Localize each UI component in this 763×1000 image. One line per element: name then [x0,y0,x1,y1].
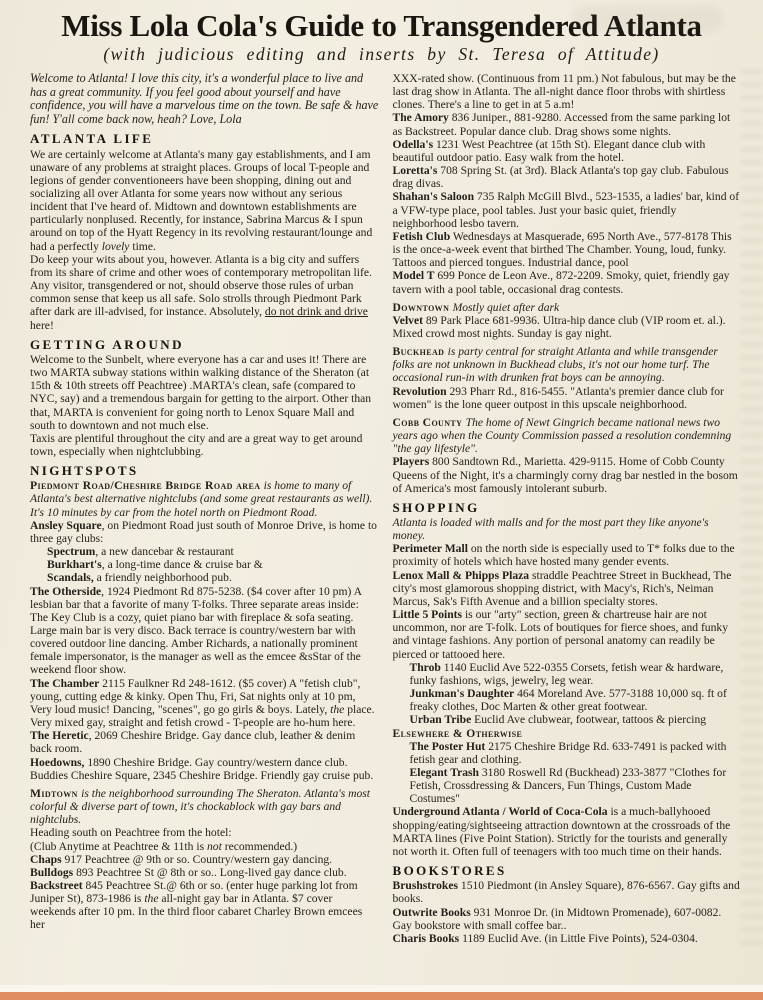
entry-underground-atlanta: Underground Atlanta / World of Coca-Cola… [393,805,742,858]
entry-shahans-saloon: Shahan's Saloon 735 Ralph McGill Blvd., … [393,190,742,229]
entry-urban-tribe: Urban Tribe Euclid Ave clubwear, footwea… [393,713,742,726]
entry-throb: Throb 1140 Euclid Ave 522-0355 Corsets, … [393,661,742,687]
entry-little-5-points: Little 5 Points is our "arty" section, g… [393,608,742,661]
entry-the-heretic: The Heretic, 2069 Cheshire Bridge. Gay d… [30,729,379,755]
entry-junkmans-daughter: Junkman's Daughter 464 Moreland Ave. 577… [393,687,742,713]
scanned-guide-page: Miss Lola Cola's Guide to Transgendered … [0,0,763,1000]
intro-note: Welcome to Atlanta! I love this city, it… [30,72,379,126]
page-subtitle: (with judicious editing and inserts by S… [0,44,763,65]
section-heading-nightspots: NIGHTSPOTS [30,464,379,477]
subhead-cobb-county: Cobb County The home of Newt Gingrich be… [393,416,742,455]
entry-revolution: Revolution 293 Pharr Rd., 816-5455. "Atl… [393,385,742,411]
entry-fetish-club: Fetish Club Wednesdays at Masquerade, 69… [393,230,742,269]
para-getting-around-1: Welcome to the Sunbelt, where everyone h… [30,353,379,432]
entry-velvet: Velvet 89 Park Place 681-9936. Ultra-hip… [393,314,742,340]
entry-the-poster-hut: The Poster Hut 2175 Cheshire Bridge Rd. … [393,740,742,766]
two-column-body: Welcome to Atlanta! I love this city, it… [0,65,763,945]
section-heading-getting-around: GETTING AROUND [30,338,379,351]
para-club-anytime: (Club Anytime at Peachtree & 11th is not… [30,840,379,853]
entry-backstreet: Backstreet 845 Peachtree St.@ 6th or so.… [30,879,379,932]
entry-bulldogs: Bulldogs 893 Peachtree St @ 8th or so.. … [30,866,379,879]
subhead-elsewhere-otherwise: Elsewhere & Otherwise [393,727,742,740]
bleedthrough-artifact [741,70,763,950]
subhead-buckhead: Buckhead is party central for straight A… [393,345,742,384]
entry-ansley-square: Ansley Square, on Piedmont Road just sou… [30,519,379,545]
entry-charis-books: Charis Books 1189 Euclid Ave. (in Little… [393,932,742,945]
entry-spectrum: Spectrum, a new dancebar & restaurant [30,545,379,558]
entry-scandals: Scandals, a friendly neighborhood pub. [30,571,379,584]
entry-odellas: Odella's 1231 West Peachtree (at 15th St… [393,138,742,164]
subhead-midtown: Midtown is the neighborhood surrounding … [30,787,379,826]
para-atlanta-life-2: Do keep your wits about you, however. At… [30,253,379,332]
section-heading-atlanta-life: ATLANTA LIFE [30,132,379,145]
entry-outwrite-books: Outwrite Books 931 Monroe Dr. (in Midtow… [393,906,742,932]
entry-players: Players 800 Sandtown Rd., Marietta. 429-… [393,455,742,494]
section-heading-shopping: SHOPPING [393,501,742,514]
entry-lorettas: Loretta's 708 Spring St. (at 3rd). Black… [393,164,742,190]
section-heading-bookstores: BOOKSTORES [393,864,742,877]
bleedthrough-artifact [573,6,723,32]
entry-burkharts: Burkhart's, a long-time dance & cruise b… [30,558,379,571]
left-column: Welcome to Atlanta! I love this city, it… [30,72,379,932]
para-heading-south: Heading south on Peachtree from the hote… [30,826,379,839]
entry-the-amory: The Amory 836 Juniper., 881-9280. Access… [393,111,742,137]
page-bottom-gap [0,985,763,992]
para-backstreet-continued: XXX-rated show. (Continuous from 11 pm.)… [393,72,742,111]
entry-perimeter-mall: Perimeter Mall on the north side is espe… [393,542,742,568]
entry-model-t: Model T 699 Ponce de Leon Ave., 872-2209… [393,269,742,295]
entry-hoedowns: Hoedowns, 1890 Cheshire Bridge. Gay coun… [30,756,379,782]
next-page-edge-bar [0,992,763,1000]
para-atlanta-life-1: We are certainly welcome at Atlanta's ma… [30,148,379,253]
right-column: XXX-rated show. (Continuous from 11 pm.)… [393,72,742,945]
para-getting-around-2: Taxis are plentiful throughout the city … [30,432,379,458]
entry-brushstrokes: Brushstrokes 1510 Piedmont (in Ansley Sq… [393,879,742,905]
entry-the-otherside: The Otherside, 1924 Piedmont Rd 875-5238… [30,585,379,677]
entry-lenox-mall-phipps-plaza: Lenox Mall & Phipps Plaza straddle Peach… [393,569,742,608]
para-shopping-intro: Atlanta is loaded with malls and for the… [393,516,742,542]
subhead-piedmont-cheshire: Piedmont Road/Cheshire Bridge Road area … [30,479,379,518]
entry-chaps: Chaps 917 Peachtree @ 9th or so. Country… [30,853,379,866]
entry-elegant-trash: Elegant Trash 3180 Roswell Rd (Buckhead)… [393,766,742,805]
subhead-downtown: Downtown Mostly quiet after dark [393,301,742,314]
entry-the-chamber: The Chamber 2115 Faulkner Rd 248-1612. (… [30,677,379,730]
